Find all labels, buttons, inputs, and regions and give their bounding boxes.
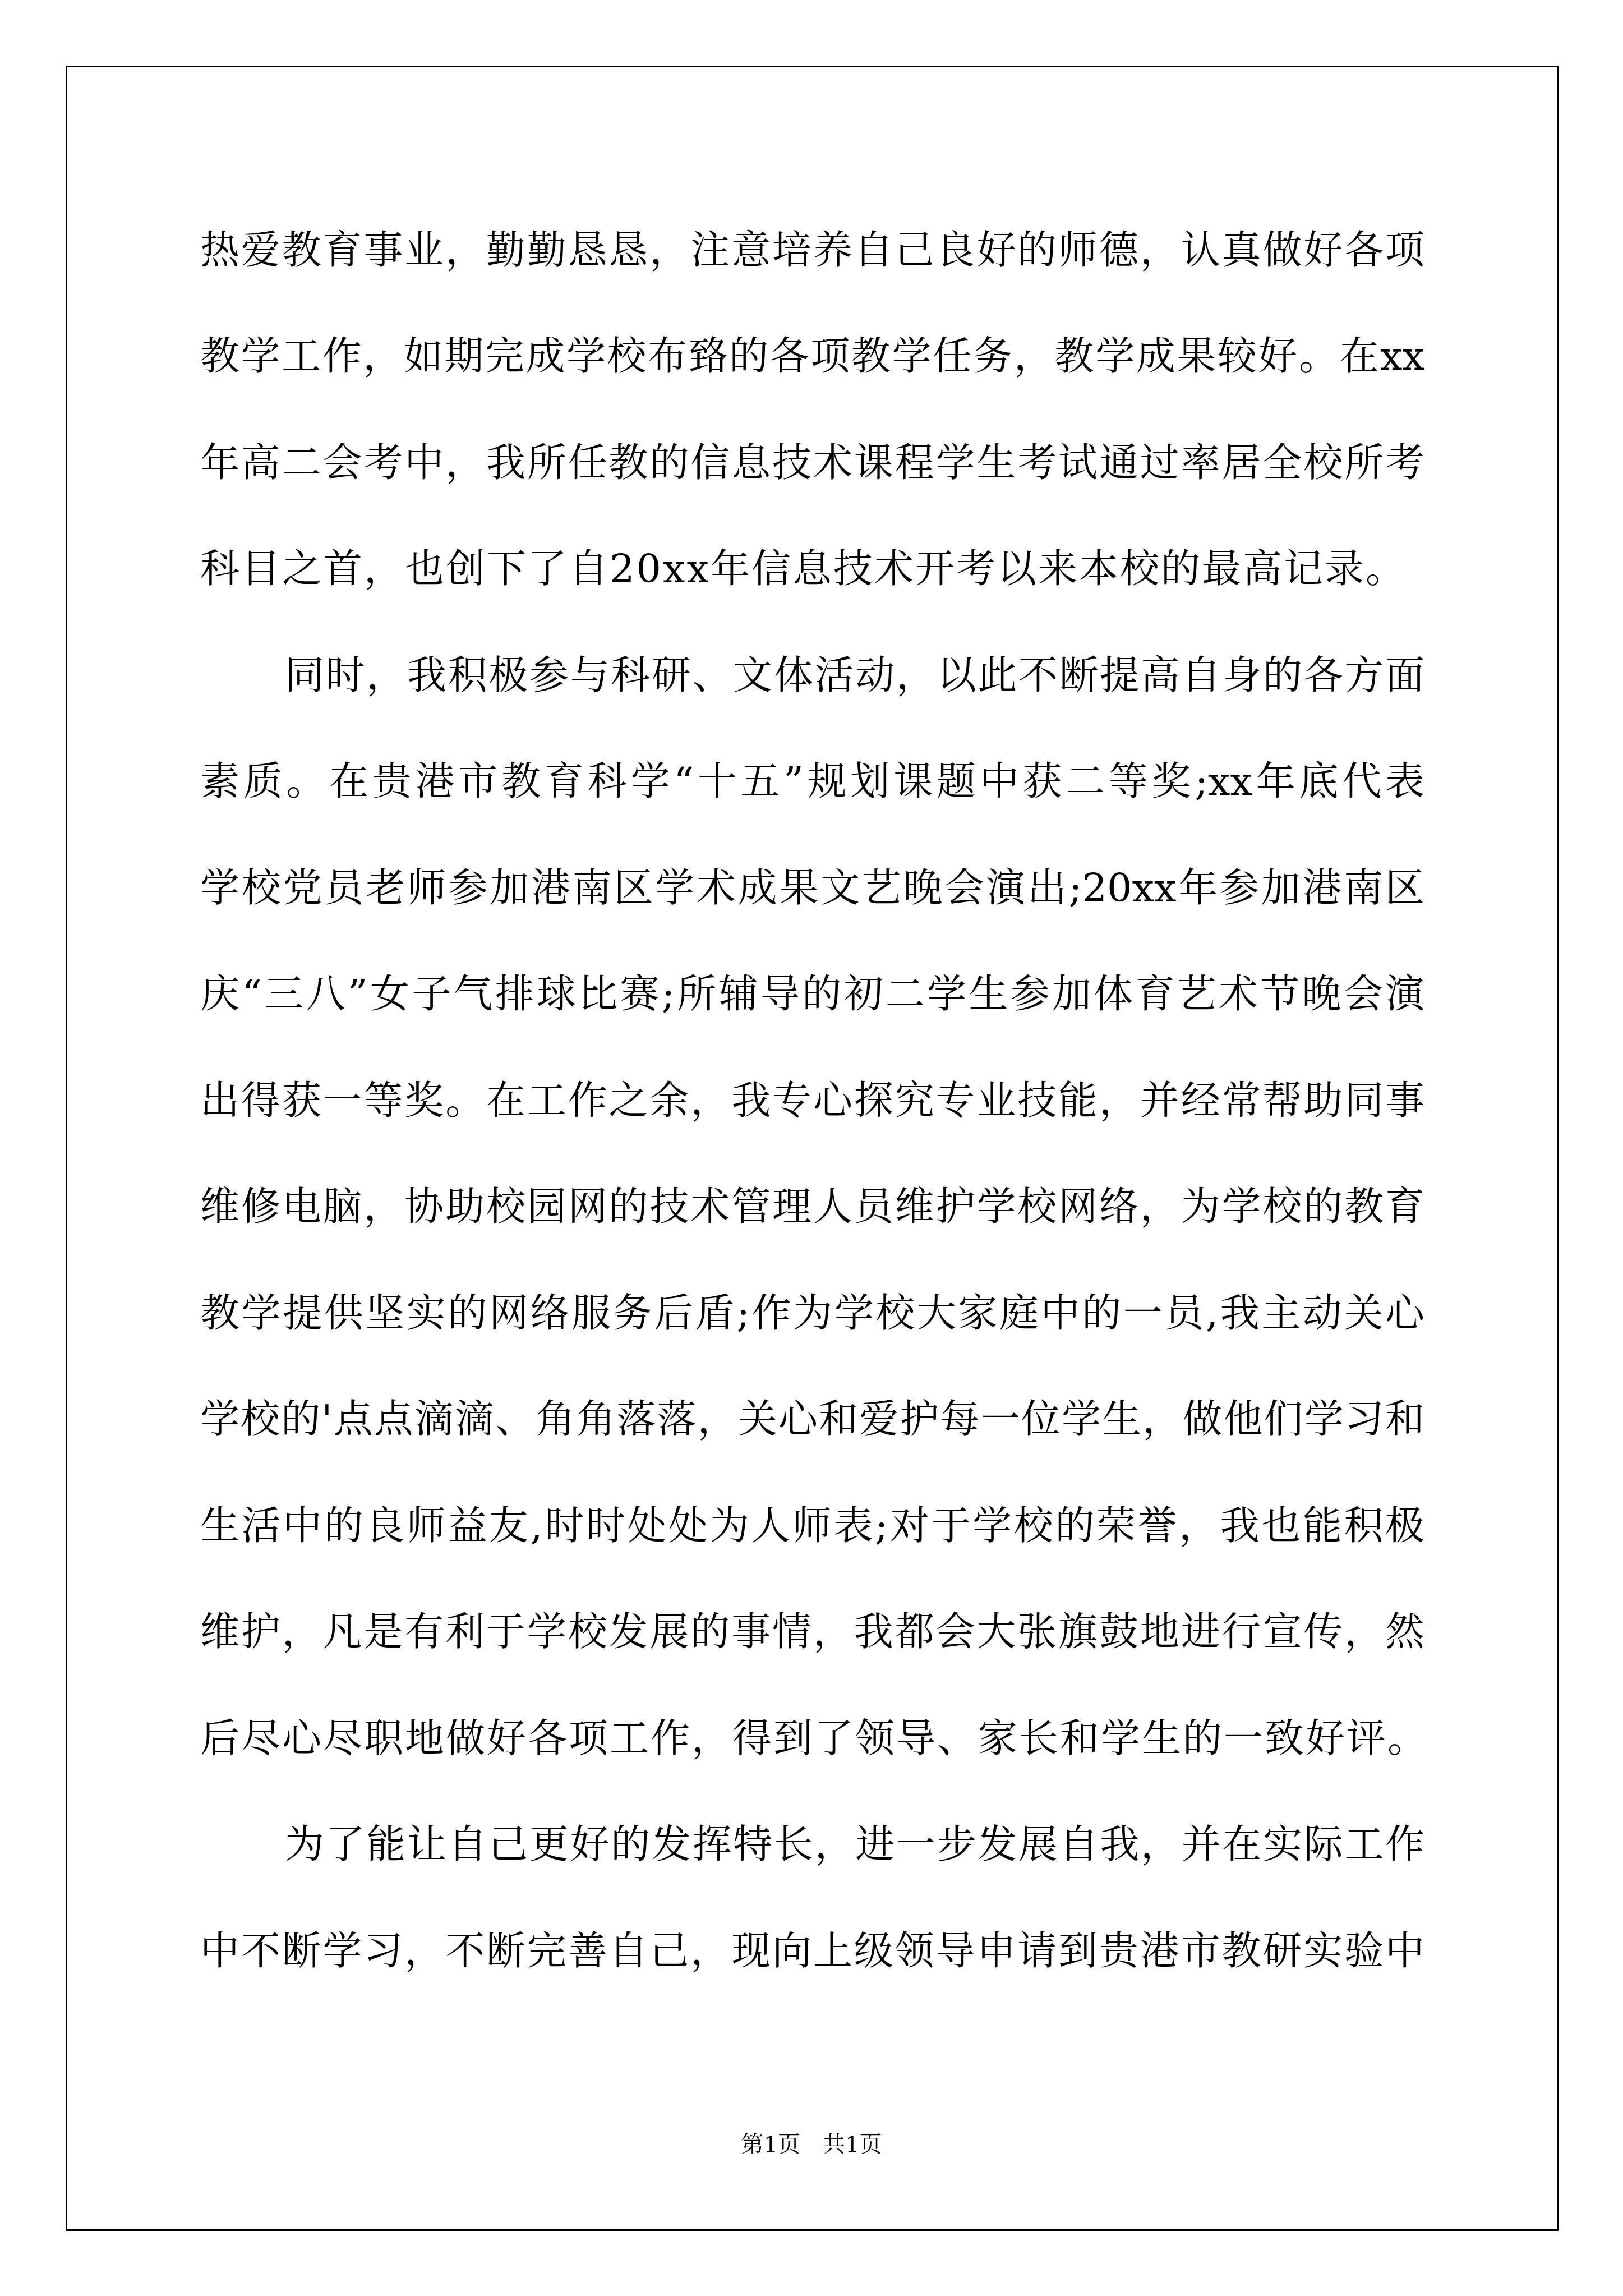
paragraph-2-line-1: 同时，我积极参与科研、文体活动，以此不断提高自身的各方面 <box>285 653 1424 698</box>
paragraph-3-line-1: 为了能让自己更好的发挥特长，进一步发展自我，并在实际工作 <box>285 1822 1424 1867</box>
paragraph-2-line-2: 素质。在贵港市教育科学“十五”规划课题中获二等奖;xx年底代表 <box>200 759 1424 804</box>
page-border <box>66 66 1559 2231</box>
paragraph-2-line-10: 维护，凡是有利于学校发展的事情，我都会大张旗鼓地进行宣传，然 <box>200 1609 1424 1654</box>
paragraph-2-line-3: 学校党员老师参加港南区学术成果文艺晚会演出;20xx年参加港南区 <box>200 866 1424 910</box>
paragraph-3-line-2: 中不断学习，不断完善自己，现向上级领导申请到贵港市教研实验中 <box>200 1929 1424 1973</box>
paragraph-2-line-4: 庆“三八”女子气排球比赛;所辅导的初二学生参加体育艺术节晚会演 <box>200 972 1424 1016</box>
paragraph-2-line-8: 学校的'点点滴滴、角角落落，关心和爱护每一位学生，做他们学习和 <box>200 1397 1424 1442</box>
page-number-footer: 第1页 共1页 <box>0 2132 1623 2157</box>
paragraph-2-line-7: 教学提供坚实的网络服务后盾;作为学校大家庭中的一员,我主动关心 <box>200 1291 1424 1336</box>
paragraph-2-line-6: 维修电脑，协助校园网的技术管理人员维护学校网络，为学校的教育 <box>200 1184 1424 1229</box>
paragraph-1-line-1: 热爱教育事业，勤勤恳恳，注意培养自己良好的师德，认真做好各项 <box>200 228 1424 273</box>
paragraph-1-line-4: 科目之首，也创下了自20xx年信息技术开考以来本校的最高记录。 <box>200 546 1424 591</box>
paragraph-2-line-9: 生活中的良师益友,时时处处为人师表;对于学校的荣誉，我也能积极 <box>200 1503 1424 1548</box>
paragraph-2-line-5: 出得获一等奖。在工作之余，我专心探究专业技能，并经常帮助同事 <box>200 1078 1424 1123</box>
paragraph-1-line-2: 教学工作，如期完成学校布臵的各项教学任务，教学成果较好。在xx <box>200 334 1424 379</box>
paragraph-1-line-3: 年高二会考中，我所任教的信息技术课程学生考试通过率居全校所考 <box>200 440 1424 485</box>
paragraph-2-line-11: 后尽心尽职地做好各项工作，得到了领导、家长和学生的一致好评。 <box>200 1716 1424 1761</box>
